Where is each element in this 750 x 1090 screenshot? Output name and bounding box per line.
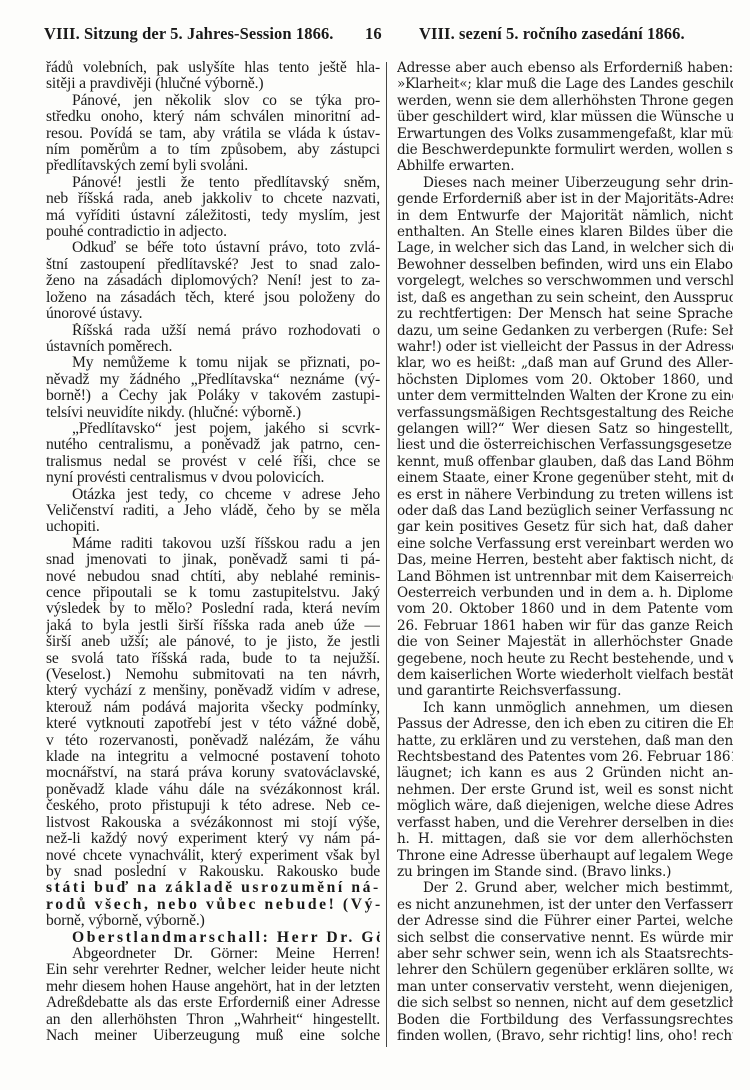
text-line: štní zastoupení předlítavské? Jest to sn… [46, 257, 380, 273]
text-line: ženo na zásadách diplomových? Není! jest… [46, 273, 380, 289]
text-line: Nach meiner Uiberzeugung muß eine solche [46, 1028, 380, 1044]
header-czech-title: VIII. sezení 5. ročního zasedání 1866. [419, 24, 685, 44]
text-line: Odkuď se béře toto ústavní právo, toto z… [46, 240, 380, 256]
text-line: Der 2. Grund aber, welcher mich bestimmt… [397, 880, 733, 896]
text-line: ním poměrům a to tím způsobem, aby zástu… [46, 142, 380, 158]
text-line: českého, proto přistupuji k této adrese.… [46, 798, 380, 814]
text-line: Oberstlandmarschall: Herr Dr. Görner! [46, 930, 380, 946]
text-line: h. H. mittagen, daß sie vor dem allerhöc… [397, 831, 733, 847]
text-line: dem kaiserlichen Worte wiederholt vielfa… [397, 667, 733, 683]
text-line: ústavních poměrech. [46, 339, 380, 355]
text-line: neb říšská rada, aneb jakkoliv to chcete… [46, 191, 380, 207]
text-line: Throne eine Adresse überhaupt auf legale… [397, 848, 733, 864]
text-line: loženo na zásadách těch, které jsou polo… [46, 290, 380, 306]
text-line: verfassungsmäßigen Rechtsgestaltung des … [397, 405, 733, 421]
text-line: v této rozervanosti, poněvadž nalézám, ž… [46, 733, 380, 749]
text-line: mehr diesem hohen Hause angehört, hat in… [46, 979, 380, 995]
text-line: nové nebudou snad chtíti, aby neblahé re… [46, 569, 380, 585]
text-line: rodů všech, nebo vůbec nebude! (Vý- [46, 897, 380, 913]
text-line: borně!) a Čechy jak Poláky v takovém zas… [46, 388, 380, 404]
text-line: mocnářství, na stará práva koruny svatov… [46, 765, 380, 781]
text-line: telsívi neuvidíte nikdy. (hlučné: výborn… [46, 405, 380, 421]
text-line: Veličenství raditi, a Jeho vládě, čeho b… [46, 503, 380, 519]
text-line: verfasst haben, und die Verehrer derselb… [397, 815, 733, 831]
text-line: borně, výborně, výborně.) [46, 913, 380, 929]
text-line: enthalten. An Stelle eines klaren Bildes… [397, 224, 733, 240]
text-line: hatte, zu erklären und zu verstehen, daß… [397, 733, 733, 749]
text-line: se svolá tato říšská rada, bude to ta ne… [46, 651, 380, 667]
text-line: der Adresse sind die Führer einer Partei… [397, 913, 733, 929]
text-line: gegebene, noch heute zu Recht bestehende… [397, 651, 733, 667]
text-line: řádů volebních, pak uslyšíte hlas tento … [46, 60, 380, 76]
text-line: státi buď na základě usrozumění ná- [46, 880, 380, 896]
text-line: kterouž nám podává majorita všecky podmí… [46, 700, 380, 716]
text-line: Ich kann unmöglich annehmen, um diesen [397, 700, 733, 716]
text-line: über geschildert wird, klar müssen die W… [397, 109, 733, 125]
text-line: aber sehr schwer sein, wenn ich als Staa… [397, 946, 733, 962]
text-line: es erst in nähere Verbindung zu treten w… [397, 487, 733, 503]
text-line: vorgelegt, welches so verschwommen und v… [397, 273, 733, 289]
text-line: »Klarheit«; klar muß die Lage des Landes… [397, 76, 733, 92]
text-line: Adresse aber auch ebenso als Erforderniß… [397, 60, 733, 76]
text-line: poněvadž klade váhu dále na svézákonnost… [46, 782, 380, 798]
text-line: Pánové! jestli že tento předlítavský sně… [46, 175, 380, 191]
text-line: Lage, in welcher sich das Land, in welch… [397, 240, 733, 256]
text-line: die Beschwerdepunkte formulirt werden, w… [397, 142, 733, 158]
text-line: kennt, muß offenbar glauben, daß das Lan… [397, 454, 733, 470]
text-line: Adreßdebatte als das erste Erforderniß e… [46, 995, 380, 1011]
running-header: VIII. Sitzung der 5. Jahres-Session 1866… [44, 24, 734, 48]
text-line: únorové ústavy. [46, 306, 380, 322]
text-line: zu rechtfertigen: Der Mensch hat seine S… [397, 306, 733, 322]
text-line: snad jmenovati to jinak, poněvadž sami t… [46, 552, 380, 568]
text-line: finden wollen, (Bravo, sehr richtig! lin… [397, 1028, 733, 1044]
text-line: gelangen will?“ Wer diesen Satz so hinge… [397, 421, 733, 437]
text-line: který vychází z menšiny, poněvadž vidím … [46, 683, 380, 699]
text-line: sich selbst die conservative nennt. Es w… [397, 930, 733, 946]
text-line: höchsten Diplomes vom 20. Oktober 1860, … [397, 372, 733, 388]
text-line: man unter conservativ versteht, wenn die… [397, 979, 733, 995]
text-line: vom 20. Oktober 1860 und in dem Patente … [397, 601, 733, 617]
text-line: nutého centralismu, a poněvadž jak patrn… [46, 437, 380, 453]
text-line: läugnet; ich kann es aus 2 Gründen nicht… [397, 765, 733, 781]
text-line: lehrer den Schülern gegenüber erklären s… [397, 962, 733, 978]
text-line: které vytknouti zapotřebí jest v této vá… [46, 716, 380, 732]
text-line: nové chcete vynachválit, který experimen… [46, 848, 380, 864]
text-line: pouhé contradictio in adjecto. [46, 224, 380, 240]
text-line: sitěji a pravdivěji (hlučné výborně.) [46, 76, 380, 92]
text-line: die sich selbst so nennen, nicht auf dem… [397, 995, 733, 1011]
text-line: předlítavských zemí byli svoláni. [46, 158, 380, 174]
text-line: werden, wenn sie dem allerhöhsten Throne… [397, 93, 733, 109]
text-line: in dem Entwurfe der Majorität nämlich, n… [397, 208, 733, 224]
text-line: wahr!) oder ist vielleicht der Passus in… [397, 339, 733, 355]
text-line: resou. Povídá se tam, aby vrátila se vlá… [46, 126, 380, 142]
text-line: Bewohner desselben befinden, wird uns ei… [397, 257, 733, 273]
text-line: cence připoutali se k tomu zastupitelstv… [46, 585, 380, 601]
text-line: oder daß das Land bezüglich seiner Verfa… [397, 503, 733, 519]
text-line: něvadž my žádného „Předlítavska“ neznáme… [46, 372, 380, 388]
text-line: středku onoho, který nám schválen minori… [46, 109, 380, 125]
text-line: dazu, um seine Gedanken zu verbergen (Ru… [397, 323, 733, 339]
page-number: 16 [365, 24, 382, 44]
text-line: Rechtsbestand des Patentes vom 26. Febru… [397, 749, 733, 765]
text-line: Pánové, jen několik slov co se týka pro- [46, 93, 380, 109]
text-line: Abgeordneter Dr. Görner: Meine Herren! [46, 946, 380, 962]
text-line: než-li každý nový experiment který vy ná… [46, 831, 380, 847]
text-line: klar, wo es heißt: „daß man auf Grund de… [397, 355, 733, 371]
text-line: klade na integritu a velmocné postavení … [46, 749, 380, 765]
text-line: uchopiti. [46, 519, 380, 535]
text-line: jaká to byla jestli širší říšska rada an… [46, 618, 380, 634]
text-line: tralismus nedal se provést v celé říši, … [46, 454, 380, 470]
german-column: Adresse aber auch ebenso als Erforderniß… [397, 60, 733, 1044]
text-line: nehmen. Der erste Grund ist, weil es son… [397, 782, 733, 798]
text-line: Otázka jest tedy, co chceme v adrese Jeh… [46, 487, 380, 503]
text-line: und garantirte Reichsverfassung. [397, 683, 733, 699]
text-line: Boden die Fortbildung des Verfassungsrec… [397, 1012, 733, 1028]
text-line: zu bringen im Stande sind. (Bravo links.… [397, 864, 733, 880]
text-line: liest und die österreichischen Verfassun… [397, 437, 733, 453]
text-line: širší aneb užší; ale pánové, to je jisto… [46, 634, 380, 650]
text-line: by snad poslední v Rakousku. Rakousko bu… [46, 864, 380, 880]
text-line: Das, meine Herren, besteht aber faktisch… [397, 552, 733, 568]
text-line: výsledek by to mělo? Poslední rada, kter… [46, 601, 380, 617]
text-line: listvost Rakouska a svézákonnost mi stoj… [46, 815, 380, 831]
text-line: My nemůžeme k tomu nijak se přiznati, po… [46, 355, 380, 371]
column-divider [386, 62, 387, 1047]
text-line: nyní provésti centralismus v dvou polovi… [46, 470, 380, 486]
text-line: Land Böhmen ist untrennbar mit dem Kaise… [397, 569, 733, 585]
text-line: es nicht anzunehmen, ist der unter den V… [397, 897, 733, 913]
text-line: 26. Februar 1861 haben wir für das ganze… [397, 618, 733, 634]
text-line: möglich wäre, daß diejenigen, welche die… [397, 798, 733, 814]
text-line: gende Erforderniß aber ist in der Majori… [397, 191, 733, 207]
text-line: eine solche Verfassung erst vereinbart w… [397, 536, 733, 552]
czech-column: řádů volebních, pak uslyšíte hlas tento … [46, 60, 380, 1044]
text-line: Máme raditi takovou uzší říšskou radu a … [46, 536, 380, 552]
text-line: Říšská rada užší nemá právo rozhodovati … [46, 323, 380, 339]
text-line: ist, daß es angethan zu sein scheint, de… [397, 290, 733, 306]
text-line: unter dem vermittelnden Walten der Krone… [397, 388, 733, 404]
text-line: Oesterreich verbunden und in dem a. h. D… [397, 585, 733, 601]
text-line: „Předlítavsko“ jest pojem, jakého si scv… [46, 421, 380, 437]
text-line: Abhilfe erwarten. [397, 158, 733, 174]
text-line: Dieses nach meiner Uiberzeugung sehr dri… [397, 175, 733, 191]
text-line: Passus der Adresse, den ich eben zu citi… [397, 716, 733, 732]
text-line: die von Seiner Majestät in allerhöchster… [397, 634, 733, 650]
text-line: an den allerhöhsten Thron „Wahrheit“ hin… [46, 1012, 380, 1028]
text-line: má vyříditi ústavní záležitosti, tedy my… [46, 208, 380, 224]
text-line: gar kein positives Gesetz für sich hat, … [397, 519, 733, 535]
text-line: Ein sehr verehrter Redner, welcher leide… [46, 962, 380, 978]
text-line: einem Staate, einer Krone gegenüber steh… [397, 470, 733, 486]
text-line: Erwartungen des Volks zusammengefaßt, kl… [397, 126, 733, 142]
text-line: (Veselost.) Nemohu submitovati na ten ná… [46, 667, 380, 683]
header-german-title: VIII. Sitzung der 5. Jahres-Session 1866… [44, 24, 334, 44]
